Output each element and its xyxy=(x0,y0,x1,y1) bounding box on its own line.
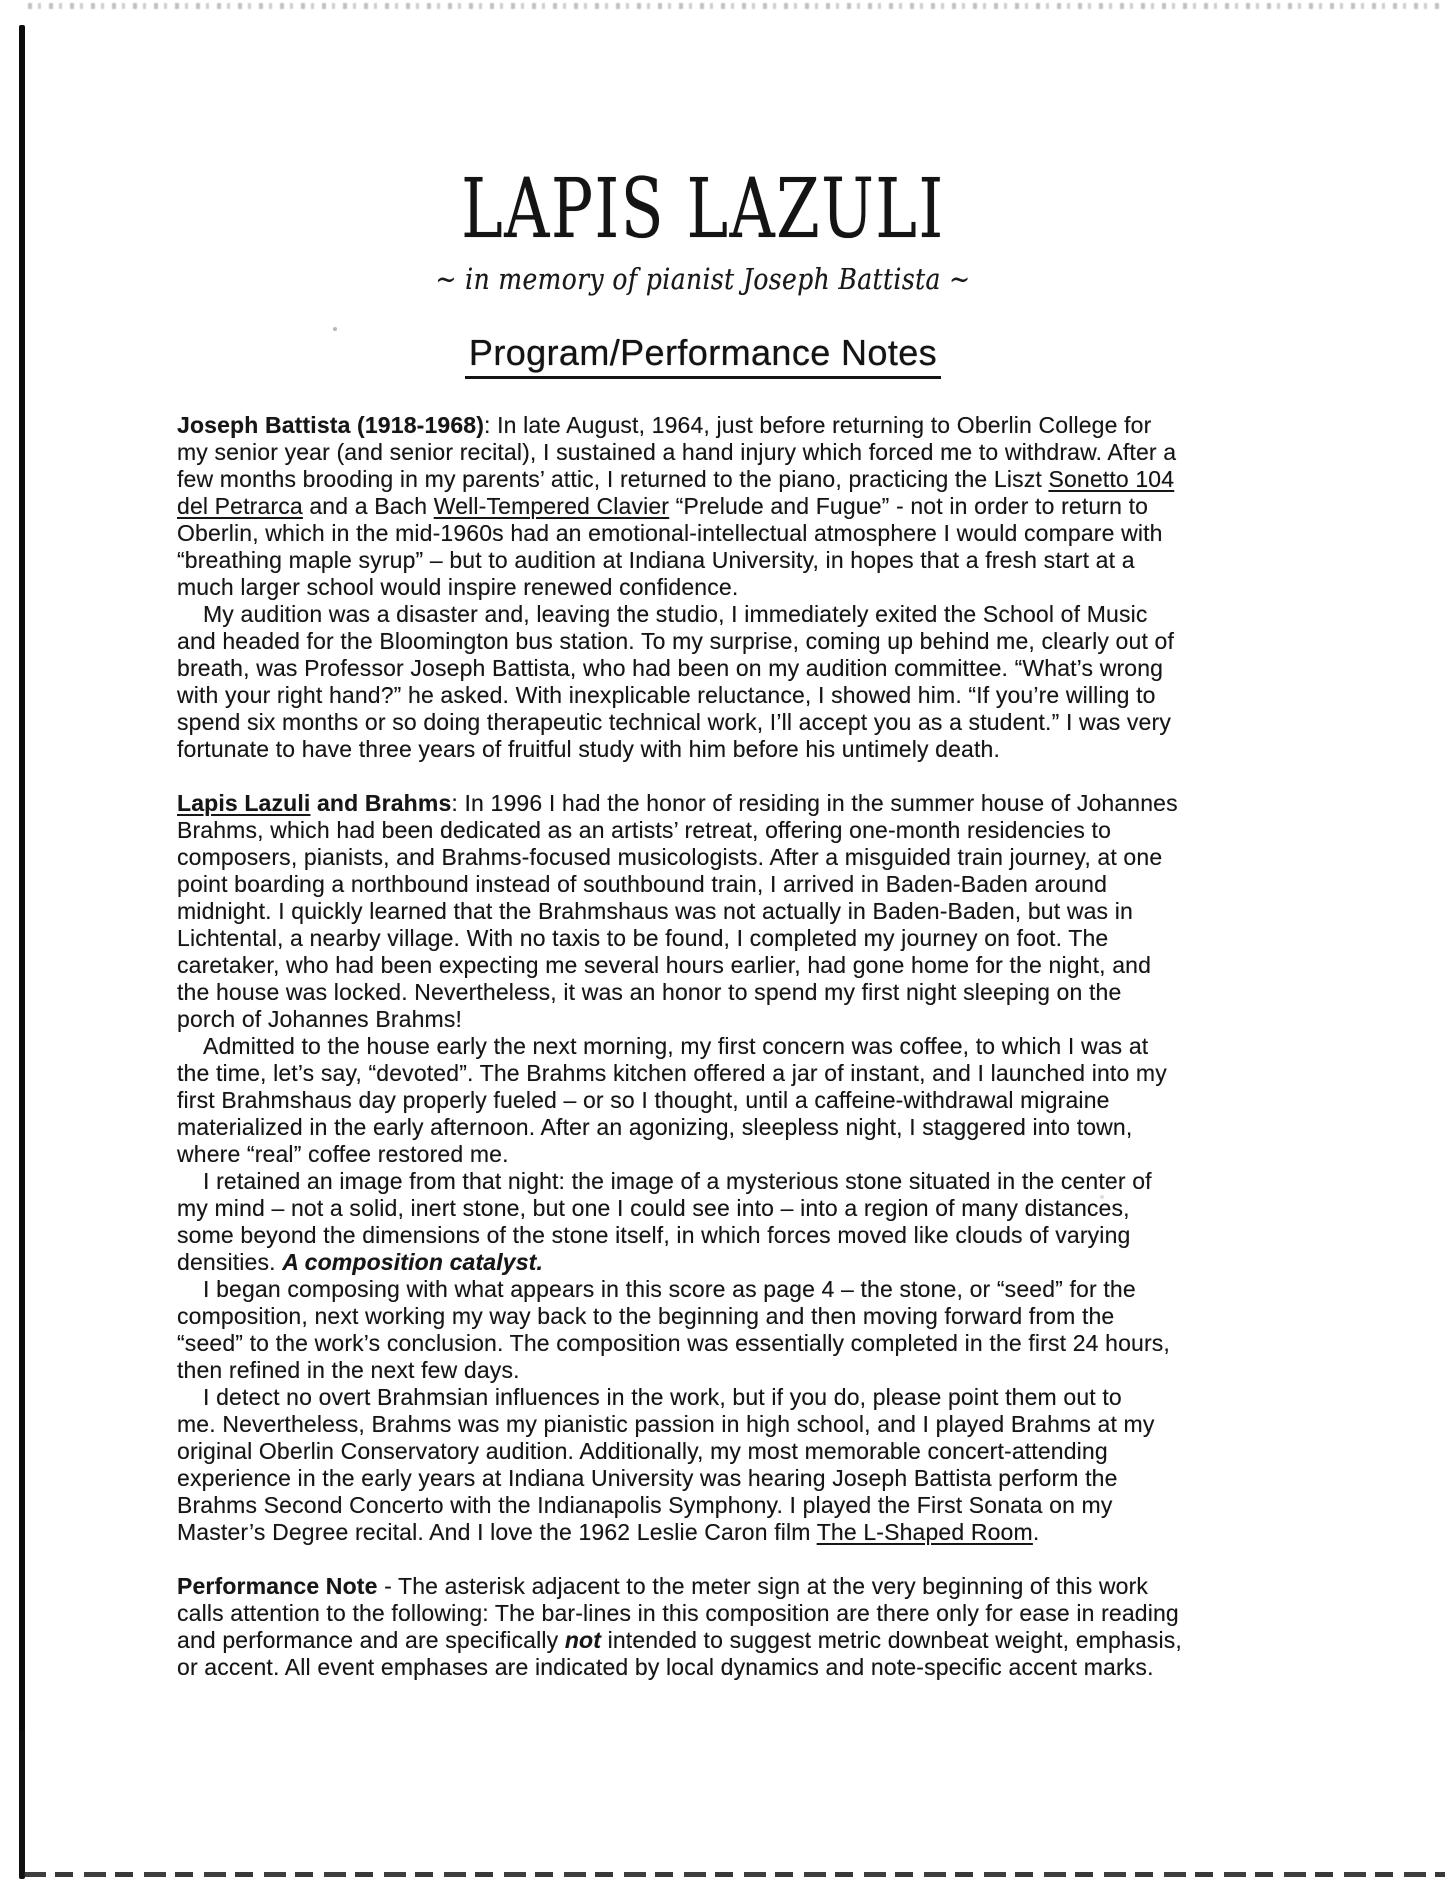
text-line: Joseph Battista (1918-1968): In late Aug… xyxy=(177,412,1292,439)
text-line: much larger school would inspire renewed… xyxy=(177,574,1292,601)
text-line: and performance and are specifically not… xyxy=(177,1627,1292,1654)
scan-artifact-bottom-edge xyxy=(24,1872,1445,1877)
paragraph: Joseph Battista (1918-1968): In late Aug… xyxy=(177,412,1292,601)
text-line: first Brahmshaus day properly fueled – o… xyxy=(177,1087,1292,1114)
paragraph: Performance Note - The asterisk adjacent… xyxy=(177,1573,1292,1681)
paragraph: Lapis Lazuli and Brahms: In 1996 I had t… xyxy=(177,790,1292,1033)
section-heading-row: Program/Performance Notes xyxy=(0,331,1406,379)
text-line: then refined in the next few days. xyxy=(177,1357,1292,1384)
paragraph: I detect no overt Brahmsian influences i… xyxy=(177,1384,1292,1546)
text-line: midnight. I quickly learned that the Bra… xyxy=(177,898,1292,925)
text-line: few months brooding in my parents’ attic… xyxy=(177,466,1292,493)
text-line: and headed for the Bloomington bus stati… xyxy=(177,628,1292,655)
text-line: fortunate to have three years of fruitfu… xyxy=(177,736,1292,763)
text-line: composition, next working my way back to… xyxy=(177,1303,1292,1330)
text-line: original Oberlin Conservatory audition. … xyxy=(177,1438,1292,1465)
text-line: Brahms, which had been dedicated as an a… xyxy=(177,817,1292,844)
text-line: Oberlin, which in the mid-1960s had an e… xyxy=(177,520,1292,547)
text-line: My audition was a disaster and, leaving … xyxy=(177,601,1292,628)
text-line: the time, let’s say, “devoted”. The Brah… xyxy=(177,1060,1292,1087)
document-body: Joseph Battista (1918-1968): In late Aug… xyxy=(177,412,1292,1681)
text-line: Lichtental, a nearby village. With no ta… xyxy=(177,925,1292,952)
text-line: spend six months or so doing therapeutic… xyxy=(177,709,1292,736)
paragraph: My audition was a disaster and, leaving … xyxy=(177,601,1292,763)
paragraph: I began composing with what appears in t… xyxy=(177,1276,1292,1384)
text-line: where “real” coffee restored me. xyxy=(177,1141,1292,1168)
text-line: breath, was Professor Joseph Battista, w… xyxy=(177,655,1292,682)
text-line: composers, pianists, and Brahms-focused … xyxy=(177,844,1292,871)
text-line: my mind – not a solid, inert stone, but … xyxy=(177,1195,1292,1222)
text-line: my senior year (and senior recital), I s… xyxy=(177,439,1292,466)
text-line: Performance Note - The asterisk adjacent… xyxy=(177,1573,1292,1600)
page-title: LAPIS LAZULI xyxy=(141,168,1266,251)
page-subtitle: ~ in memory of pianist Joseph Battista ~ xyxy=(98,262,1307,297)
text-line: densities. A composition catalyst. xyxy=(177,1249,1292,1276)
text-line: I detect no overt Brahmsian influences i… xyxy=(177,1384,1292,1411)
text-line: I retained an image from that night: the… xyxy=(177,1168,1292,1195)
text-line: del Petrarca and a Bach Well-Tempered Cl… xyxy=(177,493,1292,520)
text-line: calls attention to the following: The ba… xyxy=(177,1600,1292,1627)
text-line: I began composing with what appears in t… xyxy=(177,1276,1292,1303)
text-line: “breathing maple syrup” – but to auditio… xyxy=(177,547,1292,574)
text-line: caretaker, who had been expecting me sev… xyxy=(177,952,1292,979)
text-line: the house was locked. Nevertheless, it w… xyxy=(177,979,1292,1006)
section-heading: Program/Performance Notes xyxy=(465,331,941,379)
text-line: experience in the early years at Indiana… xyxy=(177,1465,1292,1492)
paragraph: I retained an image from that night: the… xyxy=(177,1168,1292,1276)
paragraph: Admitted to the house early the next mor… xyxy=(177,1033,1292,1168)
scanned-page: { "header": { "title": "LAPIS LAZULI", "… xyxy=(0,0,1445,1879)
text-line: or accent. All event emphases are indica… xyxy=(177,1654,1292,1681)
text-line: Lapis Lazuli and Brahms: In 1996 I had t… xyxy=(177,790,1292,817)
text-line: porch of Johannes Brahms! xyxy=(177,1006,1292,1033)
text-line: materialized in the early afternoon. Aft… xyxy=(177,1114,1292,1141)
text-line: Master’s Degree recital. And I love the … xyxy=(177,1519,1292,1546)
scan-artifact-left-bar xyxy=(19,25,25,1879)
text-line: Brahms Second Concerto with the Indianap… xyxy=(177,1492,1292,1519)
text-line: Admitted to the house early the next mor… xyxy=(177,1033,1292,1060)
text-line: point boarding a northbound instead of s… xyxy=(177,871,1292,898)
text-line: some beyond the dimensions of the stone … xyxy=(177,1222,1292,1249)
text-line: “seed” to the work’s conclusion. The com… xyxy=(177,1330,1292,1357)
text-line: me. Nevertheless, Brahms was my pianisti… xyxy=(177,1411,1292,1438)
text-line: with your right hand?” he asked. With in… xyxy=(177,682,1292,709)
scan-artifact-top-edge xyxy=(28,3,1441,9)
